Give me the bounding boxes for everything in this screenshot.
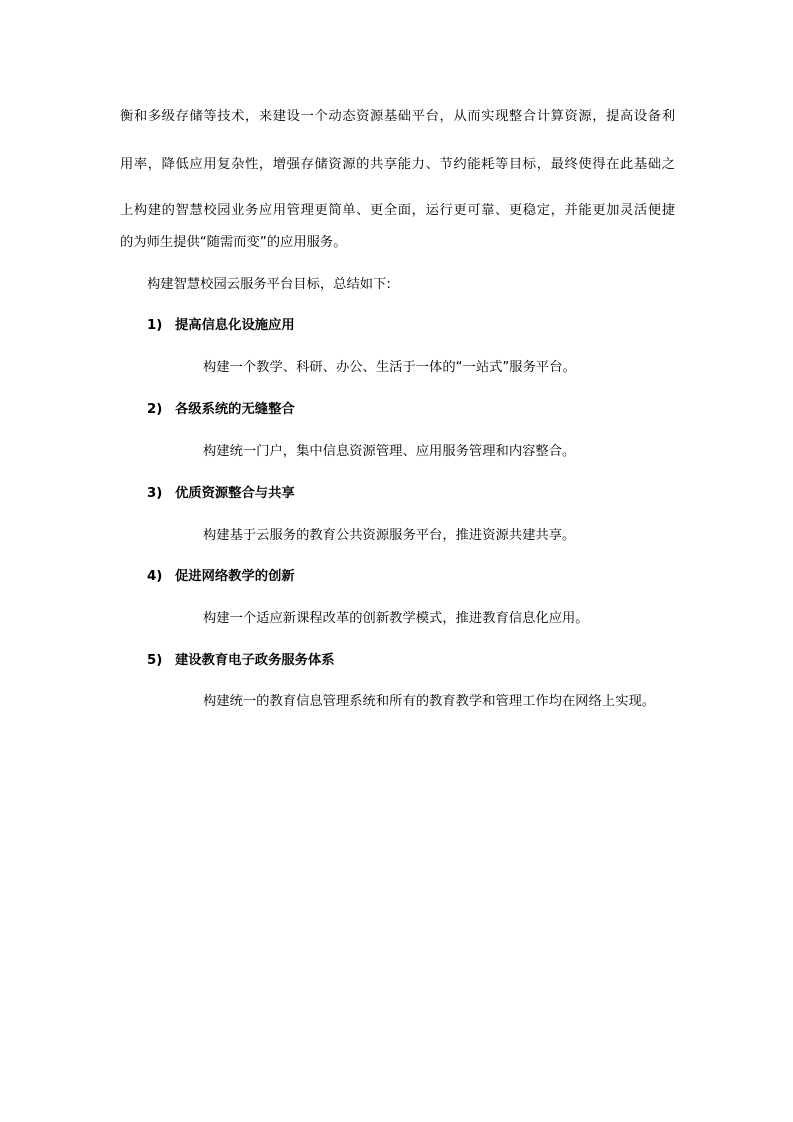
goal-title: 优质资源整合与共享 — [175, 486, 295, 502]
goal-description: 构建统一门户，集中信息资源管理、应用服务管理和内容整合。 — [203, 444, 575, 460]
goal-title: 促进网络教学的创新 — [175, 569, 295, 585]
goal-number: 1) — [147, 318, 162, 334]
goal-number: 4) — [147, 569, 162, 585]
goal-number: 2) — [147, 402, 162, 418]
paragraph-line: 上构建的智慧校园业务应用管理更简单、更全面，运行更可靠、更稳定，并能更加灵活便捷 — [120, 203, 675, 219]
goal-description: 构建一个适应新课程改革的创新教学模式，推进教育信息化应用。 — [203, 611, 589, 627]
goal-title: 提高信息化设施应用 — [175, 318, 295, 334]
intro-text: 构建智慧校园云服务平台目标，总结如下: — [147, 277, 391, 293]
goal-description: 构建统一的教育信息管理系统和所有的教育教学和管理工作均在网络上实现。 — [203, 694, 655, 710]
goal-number: 3) — [147, 486, 162, 502]
goal-title: 各级系统的无缝整合 — [175, 402, 295, 418]
paragraph-line: 用率，降低应用复杂性，增强存储资源的共享能力、节约能耗等目标，最终使得在此基础之 — [120, 157, 675, 173]
goal-description: 构建一个教学、科研、办公、生活于一体的“一站式”服务平台。 — [203, 360, 576, 376]
goal-title: 建设教育电子政务服务体系 — [175, 653, 335, 669]
document-page: 衡和多级存储等技术，来建设一个动态资源基础平台，从而实现整合计算资源，提高设备利… — [0, 0, 793, 1122]
goal-number: 5) — [147, 653, 162, 669]
paragraph-line: 的为师生提供“随需而变”的应用服务。 — [120, 235, 347, 251]
paragraph-line: 衡和多级存储等技术，来建设一个动态资源基础平台，从而实现整合计算资源，提高设备利 — [120, 109, 675, 125]
goal-description: 构建基于云服务的教育公共资源服务平台，推进资源共建共享。 — [203, 528, 575, 544]
